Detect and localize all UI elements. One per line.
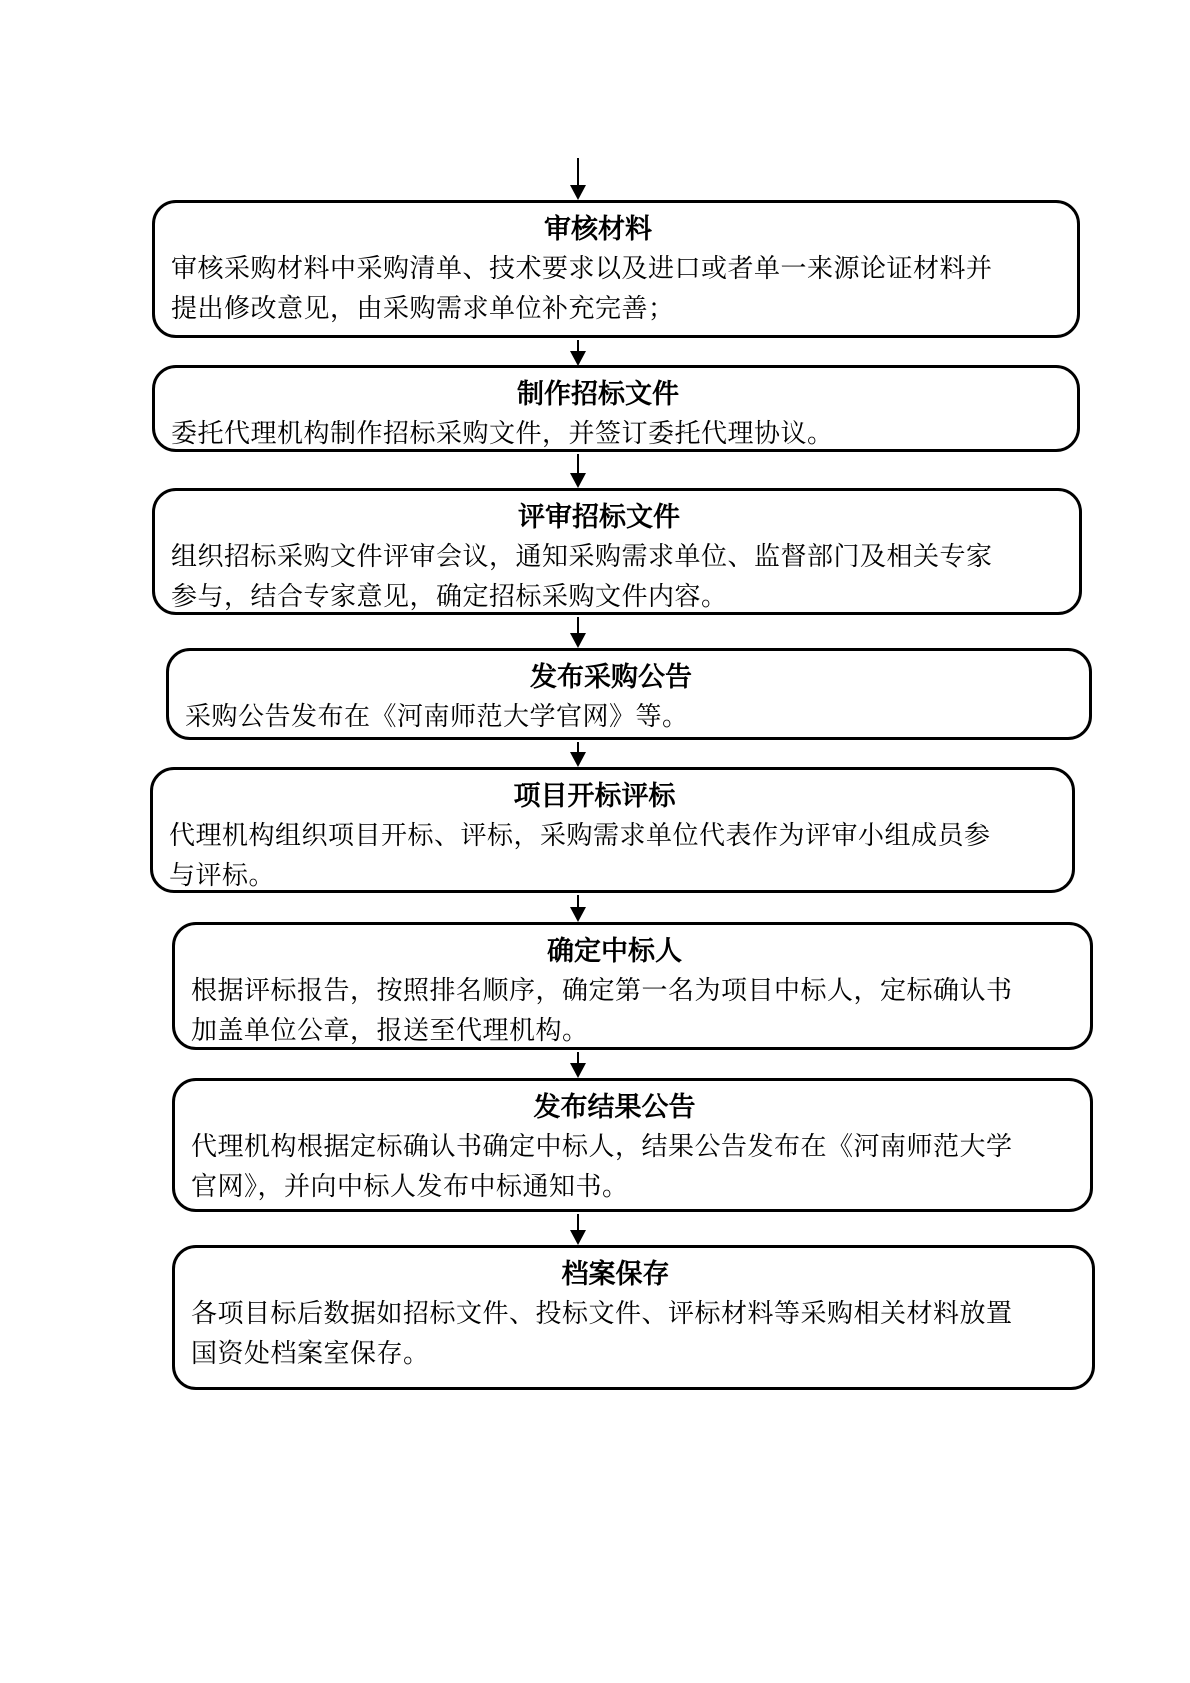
arrow-down-icon	[577, 340, 579, 352]
arrow-down-icon	[577, 617, 579, 634]
step-description: 审核采购材料中采购清单、技术要求以及进口或者单一来源论证材料并 提出修改意见，由…	[171, 249, 1025, 329]
flow-step-review-materials: 审核材料 审核采购材料中采购清单、技术要求以及进口或者单一来源论证材料并 提出修…	[152, 200, 1080, 338]
step-description: 根据评标报告，按照排名顺序，确定第一名为项目中标人，定标确认书 加盖单位公章，报…	[191, 971, 1038, 1051]
flow-step-publish-procurement-announcement: 发布采购公告 采购公告发布在《河南师范大学官网》等。	[166, 648, 1092, 740]
arrow-down-icon	[577, 1214, 579, 1231]
flow-step-determine-winning-bidder: 确定中标人 根据评标报告，按照排名顺序，确定第一名为项目中标人，定标确认书 加盖…	[172, 922, 1093, 1050]
arrow-down-icon	[577, 895, 579, 908]
step-title: 评审招标文件	[171, 497, 1027, 537]
step-title: 制作招标文件	[171, 374, 1025, 414]
step-title: 项目开标评标	[169, 776, 1020, 816]
flow-step-bid-opening-evaluation: 项目开标评标 代理机构组织项目开标、评标，采购需求单位代表作为评审小组成员参 与…	[150, 767, 1075, 893]
step-description: 代理机构根据定标确认书确定中标人，结果公告发布在《河南师范大学 官网》，并向中标…	[191, 1127, 1038, 1207]
step-title: 发布采购公告	[185, 657, 1037, 697]
flow-step-archive-preservation: 档案保存 各项目标后数据如招标文件、投标文件、评标材料等采购相关材料放置 国资处…	[172, 1245, 1095, 1390]
step-title: 确定中标人	[191, 931, 1038, 971]
step-description: 各项目标后数据如招标文件、投标文件、评标材料等采购相关材料放置 国资处档案室保存…	[191, 1294, 1040, 1374]
arrow-down-icon	[577, 454, 579, 474]
arrow-down-icon	[577, 742, 579, 753]
flow-step-publish-result-announcement: 发布结果公告 代理机构根据定标确认书确定中标人，结果公告发布在《河南师范大学 官…	[172, 1078, 1093, 1212]
arrow-down-icon	[577, 1052, 579, 1064]
step-description: 组织招标采购文件评审会议，通知采购需求单位、监督部门及相关专家 参与，结合专家意…	[171, 537, 1027, 617]
step-description: 委托代理机构制作招标采购文件，并签订委托代理协议。	[171, 414, 1025, 454]
step-title: 档案保存	[191, 1254, 1040, 1294]
step-title: 发布结果公告	[191, 1087, 1038, 1127]
flow-step-review-bid-documents: 评审招标文件 组织招标采购文件评审会议，通知采购需求单位、监督部门及相关专家 参…	[152, 488, 1082, 615]
flowchart-page: 审核材料 审核采购材料中采购清单、技术要求以及进口或者单一来源论证材料并 提出修…	[0, 0, 1190, 1683]
arrow-down-icon	[577, 158, 579, 186]
step-description: 采购公告发布在《河南师范大学官网》等。	[185, 697, 1037, 737]
step-description: 代理机构组织项目开标、评标，采购需求单位代表作为评审小组成员参 与评标。	[169, 816, 1020, 896]
flow-step-prepare-bid-documents: 制作招标文件 委托代理机构制作招标采购文件，并签订委托代理协议。	[152, 365, 1080, 452]
step-title: 审核材料	[171, 209, 1025, 249]
